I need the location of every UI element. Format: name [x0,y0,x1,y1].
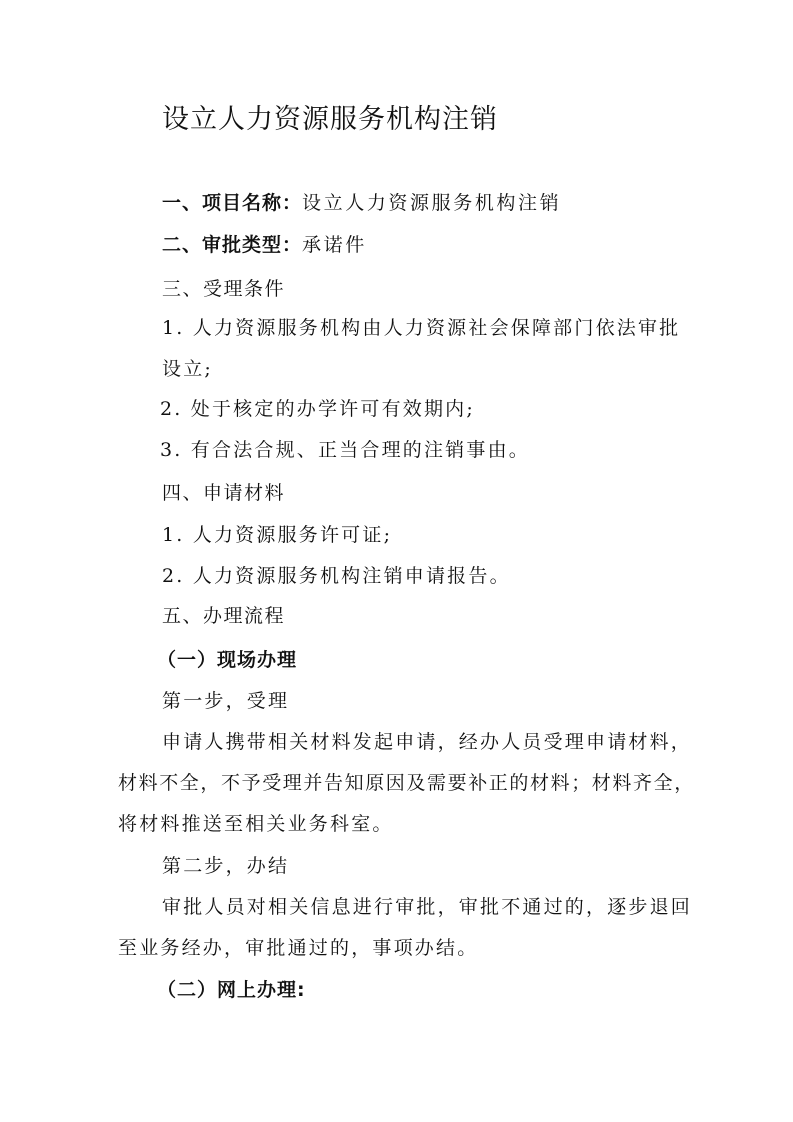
online-processing-heading: （二）网上办理: [157,978,306,1002]
approval-type-row: 二、审批类型：承诺件 [162,233,367,257]
step1-text-line3: 将材料推送至相关业务科室。 [118,812,394,836]
approval-type-value: 承诺件 [302,234,367,256]
project-name-label: 一、项目名称： [162,192,302,214]
step2-label: 第二步，办结 [162,854,289,878]
project-name-value: 设立人力资源服务机构注销 [302,192,561,214]
acceptance-conditions-heading: 三、受理条件 [162,277,285,301]
step2-text-line1: 审批人员对相关信息进行审批，审批不通过的，逐步退回 [162,895,692,919]
onsite-processing-heading: （一）现场办理 [157,648,297,672]
page-title: 设立人力资源服务机构注销 [162,103,498,137]
condition-item-2: 2. 处于核定的办学许可有效期内; [160,397,475,421]
condition-item-3: 3. 有合法合规、正当合理的注销事由。 [160,438,530,462]
step1-text-line1: 申请人携带相关材料发起申请，经办人员受理申请材料， [162,730,692,754]
process-heading: 五、办理流程 [162,604,285,628]
condition-item-1-line1: 1. 人力资源服务机构由人力资源社会保障部门依法审批 [162,316,680,340]
material-item-2: 2. 人力资源服务机构注销申请报告。 [162,564,511,588]
document-page: 设立人力资源服务机构注销 一、项目名称：设立人力资源服务机构注销 二、审批类型：… [0,0,793,1122]
step1-label: 第一步，受理 [162,689,289,713]
material-item-1: 1. 人力资源服务许可证; [162,523,392,547]
step1-text-line2: 材料不全，不予受理并告知原因及需要补正的材料；材料齐全， [118,771,695,795]
application-materials-heading: 四、申请材料 [162,481,285,505]
project-name-row: 一、项目名称：设立人力资源服务机构注销 [162,191,561,215]
condition-item-1-line2: 设立; [162,357,213,381]
step2-text-line2: 至业务经办，审批通过的，事项办结。 [118,936,478,960]
approval-type-label: 二、审批类型： [162,234,302,256]
